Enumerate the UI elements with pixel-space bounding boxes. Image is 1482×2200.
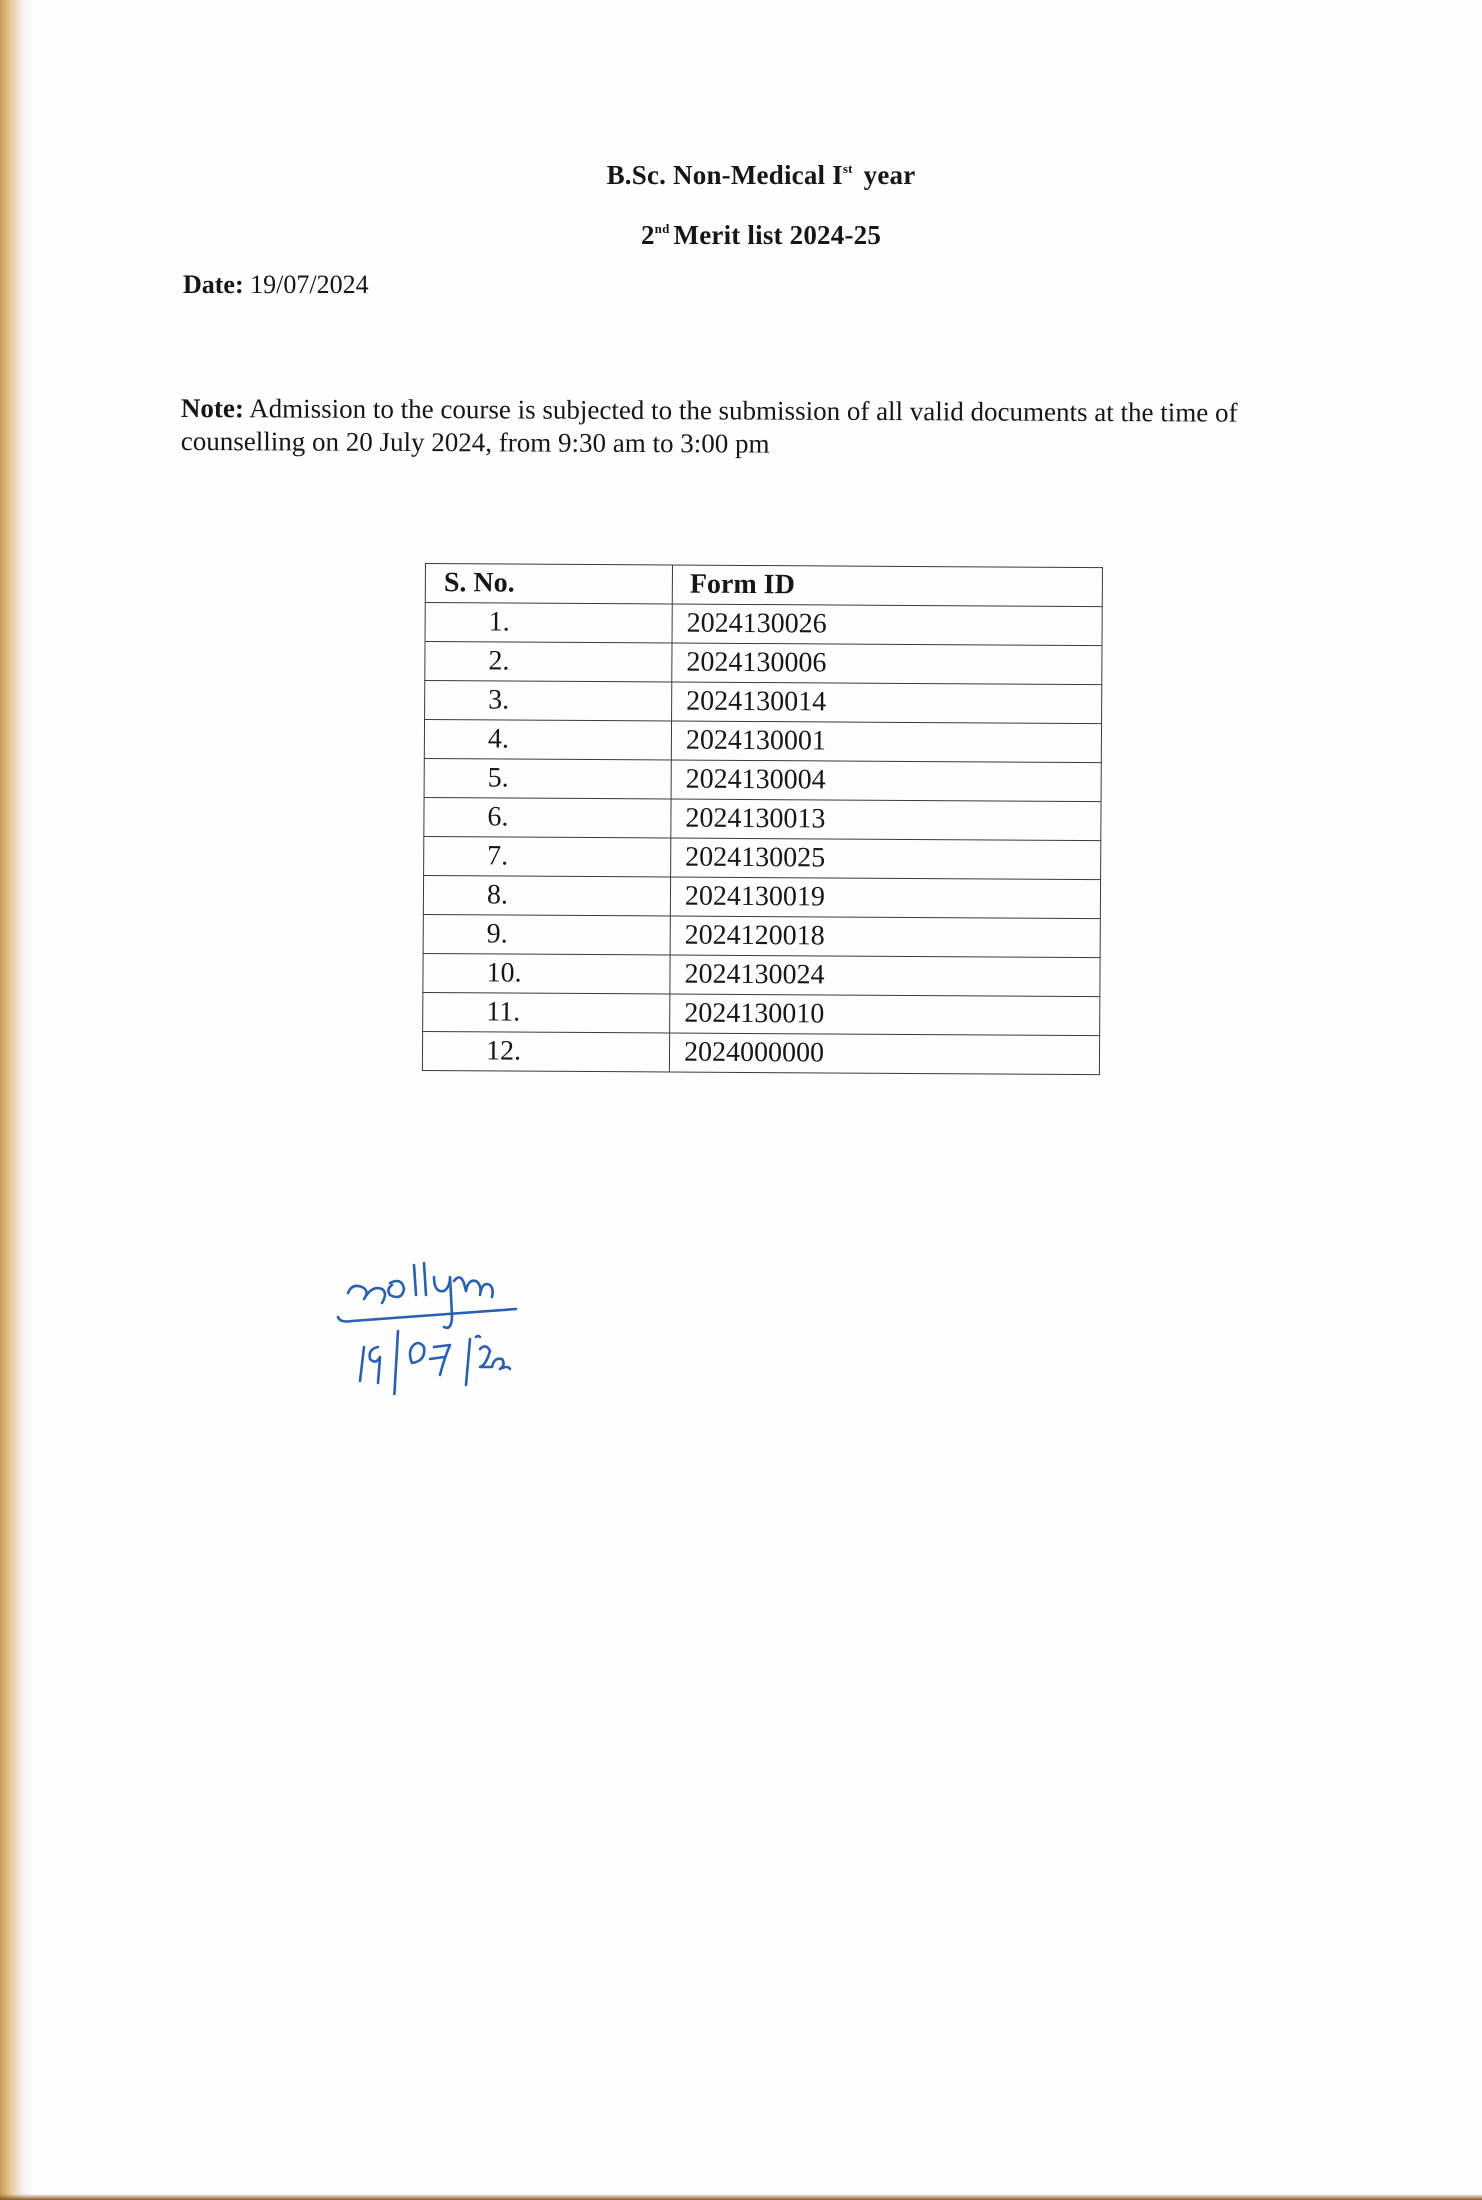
merit-table: S. No. Form ID 1.20241300262.20241300063…: [422, 563, 1103, 1075]
serial-number-cell: 9.: [423, 914, 670, 955]
merit-list-title: 2ndMerit list 2024-25: [20, 220, 1482, 251]
serial-number-cell: 8.: [423, 875, 670, 916]
serial-number-cell: 4.: [424, 720, 671, 761]
serial-number-cell: 3.: [425, 681, 672, 722]
course-title-sup: st: [843, 161, 853, 176]
paper-bottom-edge: [0, 2194, 1482, 2200]
form-id-cell: 2024130026: [672, 604, 1102, 646]
form-id-cell: 2024130004: [671, 760, 1101, 802]
form-id-cell: 2024130025: [671, 838, 1101, 880]
serial-number-cell: 5.: [424, 758, 671, 799]
table-row: 10.2024130024: [423, 953, 1100, 996]
header-sno: S. No.: [425, 564, 672, 605]
table-row: 8.2024130019: [423, 875, 1100, 918]
form-id-cell: 2024130001: [671, 721, 1101, 763]
serial-number-cell: 11.: [423, 992, 670, 1033]
date-label: Date:: [183, 270, 244, 299]
note-text: Admission to the course is subjected to …: [181, 393, 1238, 458]
form-id-cell: 2024130019: [670, 877, 1100, 919]
serial-number-cell: 12.: [422, 1031, 669, 1072]
date-line: Date: 19/07/2024: [183, 270, 369, 300]
note-paragraph: Note: Admission to the course is subject…: [181, 392, 1351, 463]
table-row: 3.2024130014: [425, 681, 1102, 724]
serial-number-cell: 2.: [425, 642, 672, 683]
merit-list-sup: nd: [655, 221, 670, 236]
course-title-text: B.Sc. Non-Medical I: [607, 160, 843, 190]
table-row: 1.2024130026: [425, 603, 1102, 646]
serial-number-cell: 7.: [424, 836, 671, 877]
form-id-cell: 2024130010: [670, 994, 1100, 1036]
form-id-cell: 2024130013: [671, 799, 1101, 841]
note-label: Note:: [181, 393, 244, 423]
serial-number-cell: 10.: [423, 953, 670, 994]
merit-list-number: 2: [641, 220, 655, 250]
serial-number-cell: 6.: [424, 797, 671, 838]
paper-edge-shadow: [0, 0, 34, 2200]
table-row: 11.2024130010: [423, 992, 1100, 1035]
course-title: B.Sc. Non-Medical Ist year: [20, 160, 1482, 191]
table-row: 9.2024120018: [423, 914, 1100, 957]
merit-table-body: 1.20241300262.20241300063.20241300144.20…: [422, 603, 1102, 1075]
form-id-cell: 2024000000: [669, 1033, 1099, 1075]
merit-list-text: Merit list 2024-25: [674, 220, 882, 250]
form-id-cell: 2024130014: [672, 682, 1102, 724]
header-form-id: Form ID: [672, 565, 1102, 607]
date-value: 19/07/2024: [250, 270, 368, 299]
course-title-suffix: year: [857, 160, 916, 190]
table-row: 5.2024130004: [424, 758, 1101, 801]
table-row: 4.2024130001: [424, 720, 1101, 763]
serial-number-cell: 1.: [425, 603, 672, 644]
table-row: 6.2024130013: [424, 797, 1101, 840]
form-id-cell: 2024130024: [670, 955, 1100, 997]
handwritten-signature: [330, 1255, 570, 1395]
table-header-row: S. No. Form ID: [425, 564, 1102, 607]
table-row: 12.2024000000: [422, 1031, 1099, 1074]
form-id-cell: 2024130006: [672, 643, 1102, 685]
table-row: 2.2024130006: [425, 642, 1102, 685]
form-id-cell: 2024120018: [670, 916, 1100, 958]
table-row: 7.2024130025: [424, 836, 1101, 879]
